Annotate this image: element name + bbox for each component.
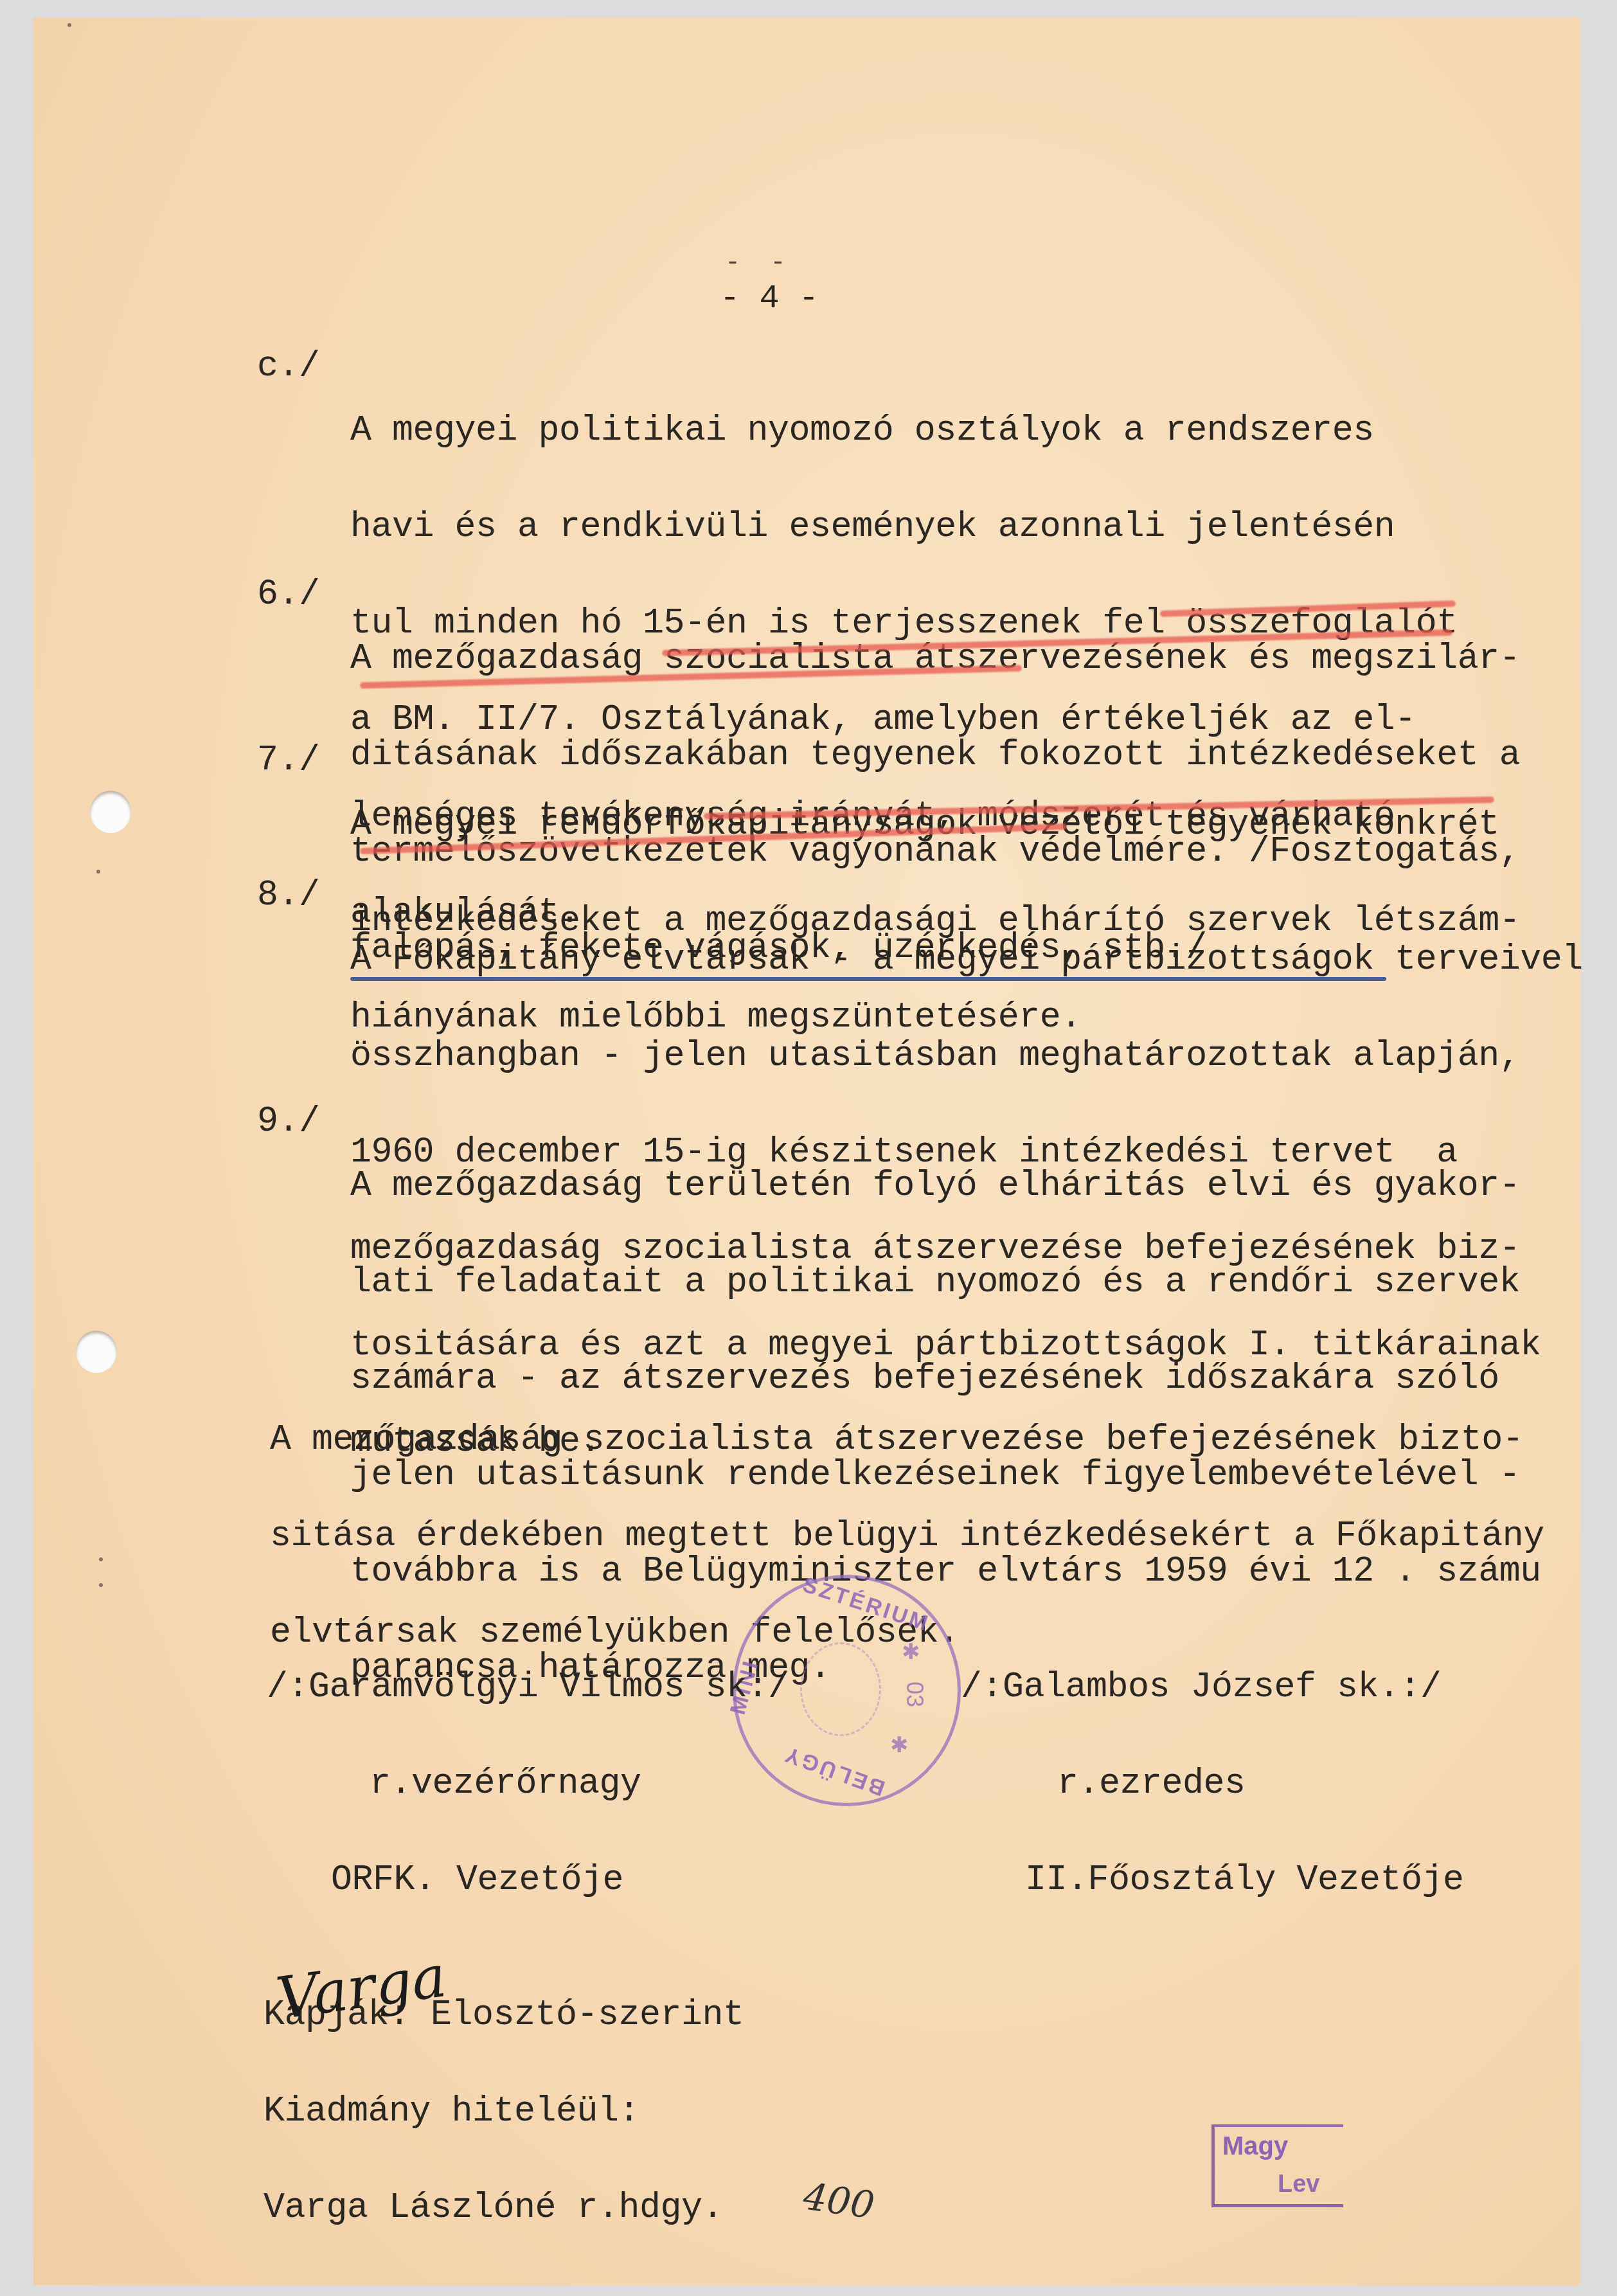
text-line: A Főkapitány elvtársak - a megyei pártbi… xyxy=(350,944,1583,976)
page-number: - 4 - xyxy=(720,283,819,315)
text-line: lati feladatait a politikai nyomozó és a… xyxy=(350,1266,1541,1298)
stamp-bottom-text: BELÜGY xyxy=(780,1741,888,1800)
item-label: 6./ xyxy=(257,578,320,611)
punch-hole xyxy=(76,1331,117,1373)
archive-stamp: Magy Lev xyxy=(1211,2124,1343,2207)
punch-hole xyxy=(90,791,131,833)
list-item-9: 9./ A mezőgazdaság területén folyó elhár… xyxy=(257,1106,299,1202)
text-line: havi és a rendkivüli események azonnali … xyxy=(350,511,1458,543)
text-line: sitása érdekében megtett belügyi intézke… xyxy=(270,1520,1544,1552)
authenticator-name: Varga Lászlóné r.hdgy. xyxy=(264,2192,744,2224)
stamp-number: 03 xyxy=(901,1682,928,1707)
signatory-position: II.Főosztály Vezetője xyxy=(961,1864,1475,1896)
text-line: A megyei politikai nyomozó osztályok a r… xyxy=(350,415,1458,447)
item-label: 7./ xyxy=(257,744,320,776)
text-line: A mezőgazdaság szocialista átszervezése … xyxy=(270,1424,1544,1456)
list-item-7: 7./ A megyei rendőrfőkapitányságok vezet… xyxy=(257,744,299,841)
list-item-c: c./ A megyei politikai nyomozó osztályok… xyxy=(257,350,299,447)
item-label: 8./ xyxy=(257,879,320,911)
text-line: összhangban - jelen utasitásban meghatár… xyxy=(350,1040,1583,1072)
signatory-rank: r.ezredes xyxy=(961,1768,1475,1800)
signatory-name: /:Galambos József sk.:/ xyxy=(961,1671,1475,1703)
signatory-name: /:Garamvölgyi Vilmos sk:/ xyxy=(267,1671,755,1703)
list-item-6: 6./ A mezőgazdaság szocialista átszervez… xyxy=(257,578,299,675)
blue-pencil-underline xyxy=(350,977,1386,981)
text-line: A mezőgazdaság területén folyó elháritás… xyxy=(350,1170,1541,1202)
star-icon: ✱ xyxy=(902,1639,920,1665)
item-label: c./ xyxy=(257,350,320,382)
paper-speck xyxy=(67,23,71,27)
archive-stamp-line2: Lev xyxy=(1278,2171,1319,2198)
signatory-rank: r.vezérőrnagy xyxy=(267,1768,755,1800)
signature-block-right: /:Galambos József sk.:/ r.ezredes II.Főo… xyxy=(961,1607,1475,1928)
archive-stamp-line1: Magy xyxy=(1222,2132,1288,2161)
signatory-position: ORFK. Vezetője xyxy=(267,1864,755,1896)
stamp-emblem xyxy=(800,1642,881,1736)
paper-speck xyxy=(96,870,100,874)
list-item-8: 8./ A Főkapitány elvtársak - a megyei pá… xyxy=(257,879,299,976)
authentication-line: Kiadmány hiteléül: xyxy=(264,2095,744,2128)
page-top-marks: - - xyxy=(725,247,785,280)
signature-block-left: /:Garamvölgyi Vilmos sk:/ r.vezérőrnagy … xyxy=(267,1607,755,1928)
item-label: 9./ xyxy=(257,1106,320,1138)
paper-speck xyxy=(99,1557,103,1561)
paper-speck xyxy=(99,1583,103,1587)
star-icon: ✱ xyxy=(890,1732,909,1758)
